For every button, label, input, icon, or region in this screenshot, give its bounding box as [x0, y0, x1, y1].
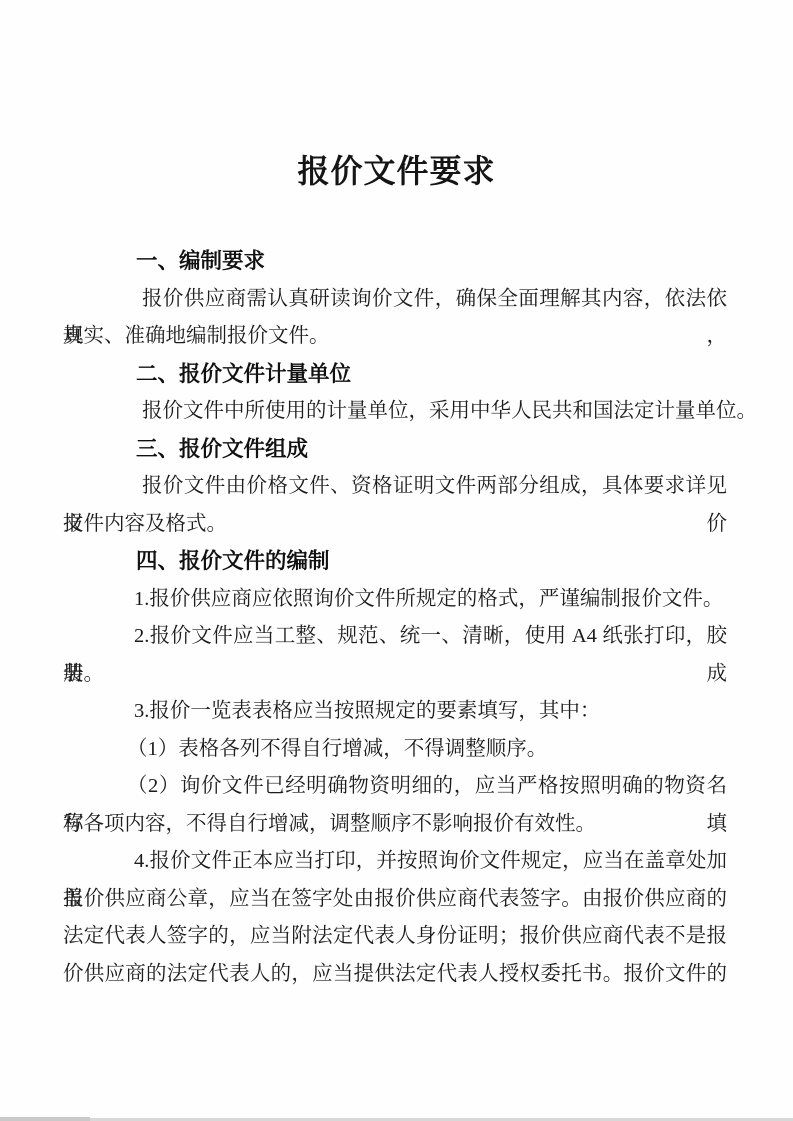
- paragraph-line: 报价文件中所使用的计量单位，采用中华人民共和国法定计量单位。: [63, 393, 727, 431]
- section-heading-4: 四、报价文件的编制: [63, 543, 727, 581]
- sub-item-2: （2）询价文件已经明确物资明细的，应当严格按照明确的物资名称填: [63, 768, 727, 806]
- paragraph-line: 报价供应商需认真研读询价文件，确保全面理解其内容，依法依规，: [63, 281, 727, 319]
- paragraph-line: 价供应商的法定代表人的，应当提供法定代表人授权委托书。报价文件的: [63, 956, 727, 994]
- paragraph-line: 报价供应商公章，应当在签字处由报价供应商代表签字。由报价供应商的: [63, 881, 727, 919]
- list-item-2: 2.报价文件应当工整、规范、统一、清晰，使用 A4 纸张打印，胶装成: [63, 618, 727, 656]
- section-heading-3: 三、报价文件组成: [63, 431, 727, 469]
- section-heading-1: 一、编制要求: [63, 243, 727, 281]
- list-item-3: 3.报价一览表表格应当按照规定的要素填写，其中：: [63, 693, 727, 731]
- document-title: 报价文件要求: [0, 146, 793, 192]
- list-item-1: 1.报价供应商应依照询价文件所规定的格式，严谨编制报价文件。: [63, 581, 727, 619]
- sub-item-1: （1）表格各列不得自行增减，不得调整顺序。: [63, 731, 727, 769]
- page-bottom-edge-corner: [0, 1117, 90, 1121]
- document-page: 报价文件要求 一、编制要求 报价供应商需认真研读询价文件，确保全面理解其内容，依…: [0, 0, 793, 1121]
- list-item-4: 4.报价文件正本应当打印，并按照询价文件规定，应当在盖章处加盖: [63, 843, 727, 881]
- document-body: 一、编制要求 报价供应商需认真研读询价文件，确保全面理解其内容，依法依规， 真实…: [63, 243, 727, 993]
- paragraph-line: 法定代表人签字的，应当附法定代表人身份证明；报价供应商代表不是报: [63, 918, 727, 956]
- paragraph-line: 报价文件由价格文件、资格证明文件两部分组成，具体要求详见报价: [63, 468, 727, 506]
- section-heading-2: 二、报价文件计量单位: [63, 356, 727, 394]
